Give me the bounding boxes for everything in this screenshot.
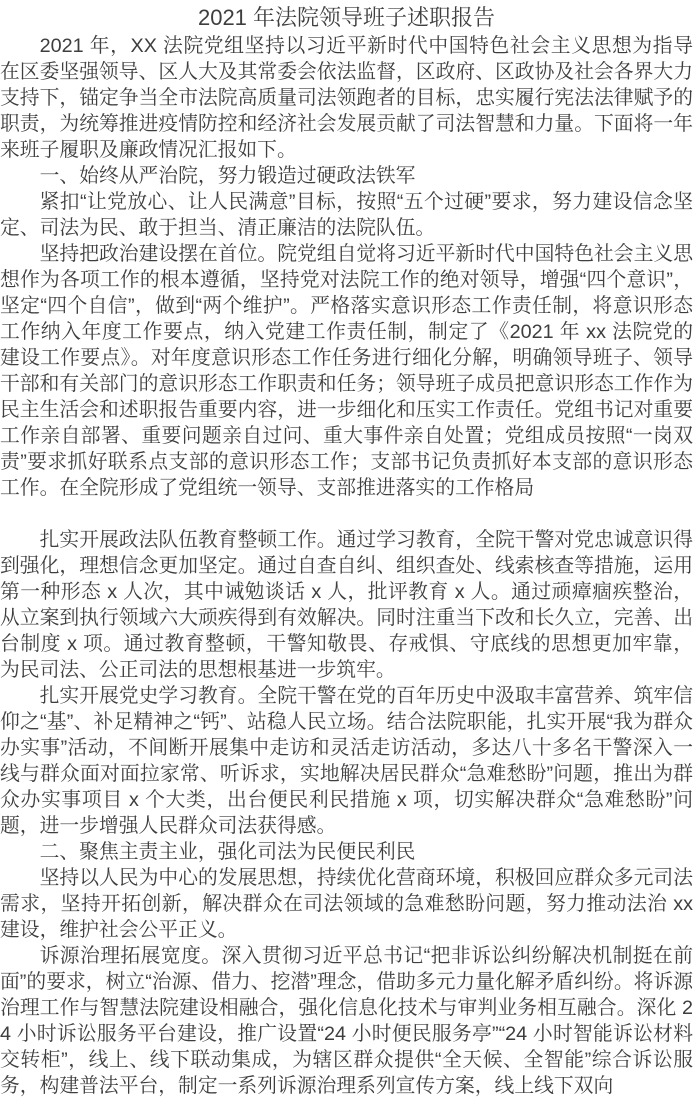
paragraph: 坚持以人民为中心的发展思想，持续优化营商环境，积极回应群众多元司法需求，坚持开拓… [0,865,693,943]
paragraph: 诉源治理拓展宽度。深入贯彻习近平总书记“把非诉讼纠纷解决机制挺在前面”的要求，树… [0,943,693,1097]
paragraph: 紧扣“让党放心、让人民满意”目标，按照“五个过硬”要求，努力建设信念坚定、司法为… [0,189,693,241]
section-heading: 二、聚焦主责主业，强化司法为民便民利民 [0,839,693,865]
document-title: 2021 年法院领导班子述职报告 [0,0,693,33]
paragraph: 扎实开展党史学习教育。全院干警在党的百年历史中汲取丰富营养、筑牢信仰之“基”、补… [0,683,693,839]
blank-line [0,501,693,527]
paragraph: 坚持把政治建设摆在首位。院党组自觉将习近平新时代中国特色社会主义思想作为各项工作… [0,241,693,501]
paragraph: 2021 年，XX 法院党组坚持以习近平新时代中国特色社会主义思想为指导在区委坚… [0,33,693,163]
document-body: 2021 年，XX 法院党组坚持以习近平新时代中国特色社会主义思想为指导在区委坚… [0,33,693,1097]
document-page: 2021 年法院领导班子述职报告 2021 年，XX 法院党组坚持以习近平新时代… [0,0,693,1097]
paragraph: 扎实开展政法队伍教育整顿工作。通过学习教育，全院干警对党忠诚意识得到强化，理想信… [0,527,693,683]
section-heading: 一、始终从严治院，努力锻造过硬政法铁军 [0,163,693,189]
